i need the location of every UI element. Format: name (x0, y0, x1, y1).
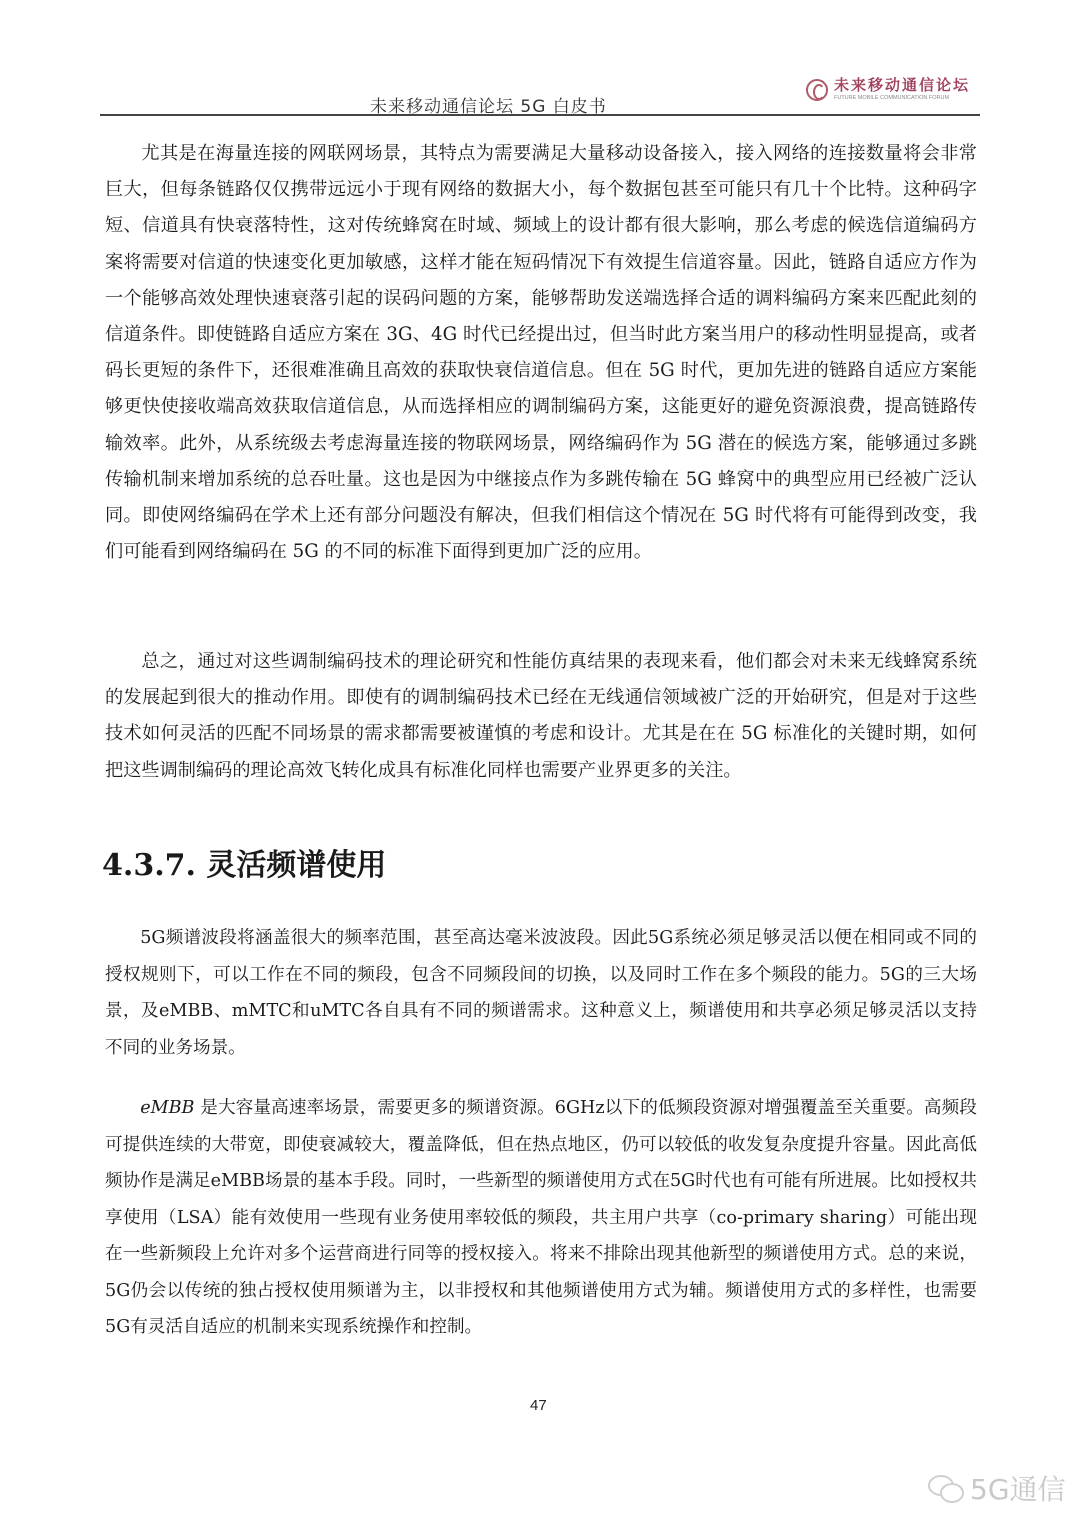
paragraph-spectrum-intro: 5G频谱波段将涵盖很大的频率范围，甚至高达毫米波波段。因此5G系统必须足够灵活以… (105, 920, 977, 1066)
page-header: 未来移动通信论坛 5G 白皮书 未来移动通信论坛 FUTURE MOBILE C… (100, 70, 980, 114)
embb-term: eMBB (140, 1098, 194, 1118)
header-divider (100, 114, 980, 116)
paragraph-text: 5G频谱波段将涵盖很大的频率范围，甚至高达毫米波波段。因此5G系统必须足够灵活以… (105, 920, 977, 1066)
watermark-text: 5G通信 (970, 1468, 1066, 1508)
paragraph-text: 是大容量高速率场景，需要更多的频谱资源。6GHz以下的低频段资源对增强覆盖至关重… (105, 1098, 977, 1337)
logo-cn-text: 未来移动通信论坛 (834, 78, 970, 93)
section-heading: 4.3.7. 灵活频谱使用 (102, 840, 386, 884)
forum-logo: 未来移动通信论坛 FUTURE MOBILE COMMUNICATION FOR… (806, 78, 970, 102)
forum-logo-icon (806, 79, 828, 101)
watermark: 5G通信 (928, 1468, 1066, 1508)
page-number: 47 (530, 1397, 547, 1414)
logo-en-text: FUTURE MOBILE COMMUNICATION FORUM (834, 96, 970, 102)
wechat-icon (928, 1473, 964, 1503)
paragraph-text: 总之，通过对这些调制编码技术的理论研究和性能仿真结果的表现来看，他们都会对未来无… (105, 644, 977, 789)
paragraph-text: 尤其是在海量连接的网联网场景，其特点为需要满足大量移动设备接入，接入网络的连接数… (105, 136, 977, 570)
paragraph-embb: eMBB 是大容量高速率场景，需要更多的频谱资源。6GHz以下的低频段资源对增强… (105, 1090, 977, 1346)
paragraph-network-coding: 尤其是在海量连接的网联网场景，其特点为需要满足大量移动设备接入，接入网络的连接数… (105, 136, 977, 570)
paragraph-summary: 总之，通过对这些调制编码技术的理论研究和性能仿真结果的表现来看，他们都会对未来无… (105, 644, 977, 789)
